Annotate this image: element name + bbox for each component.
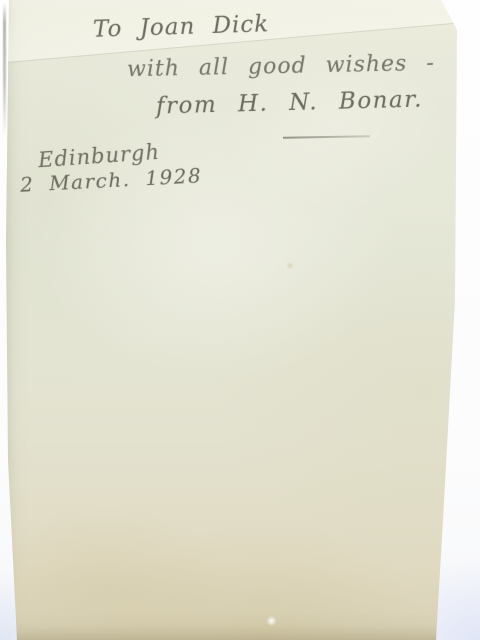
book-edge-shadow: [3, 2, 6, 137]
inscription-recipient-line: To Joan Dick: [93, 11, 270, 43]
inscription-wishes-line: with all good wishes -: [127, 51, 435, 82]
inscription-signature-line: from H. N. Bonar.: [156, 87, 424, 120]
paper-fox-mark: [286, 262, 294, 269]
paper-white-speck: [266, 616, 277, 626]
book-endpaper-page: To Joan Dick with all good wishes - from…: [0, 0, 480, 640]
photo-backdrop: To Joan Dick with all good wishes - from…: [0, 0, 480, 640]
signature-underline: [283, 135, 370, 139]
